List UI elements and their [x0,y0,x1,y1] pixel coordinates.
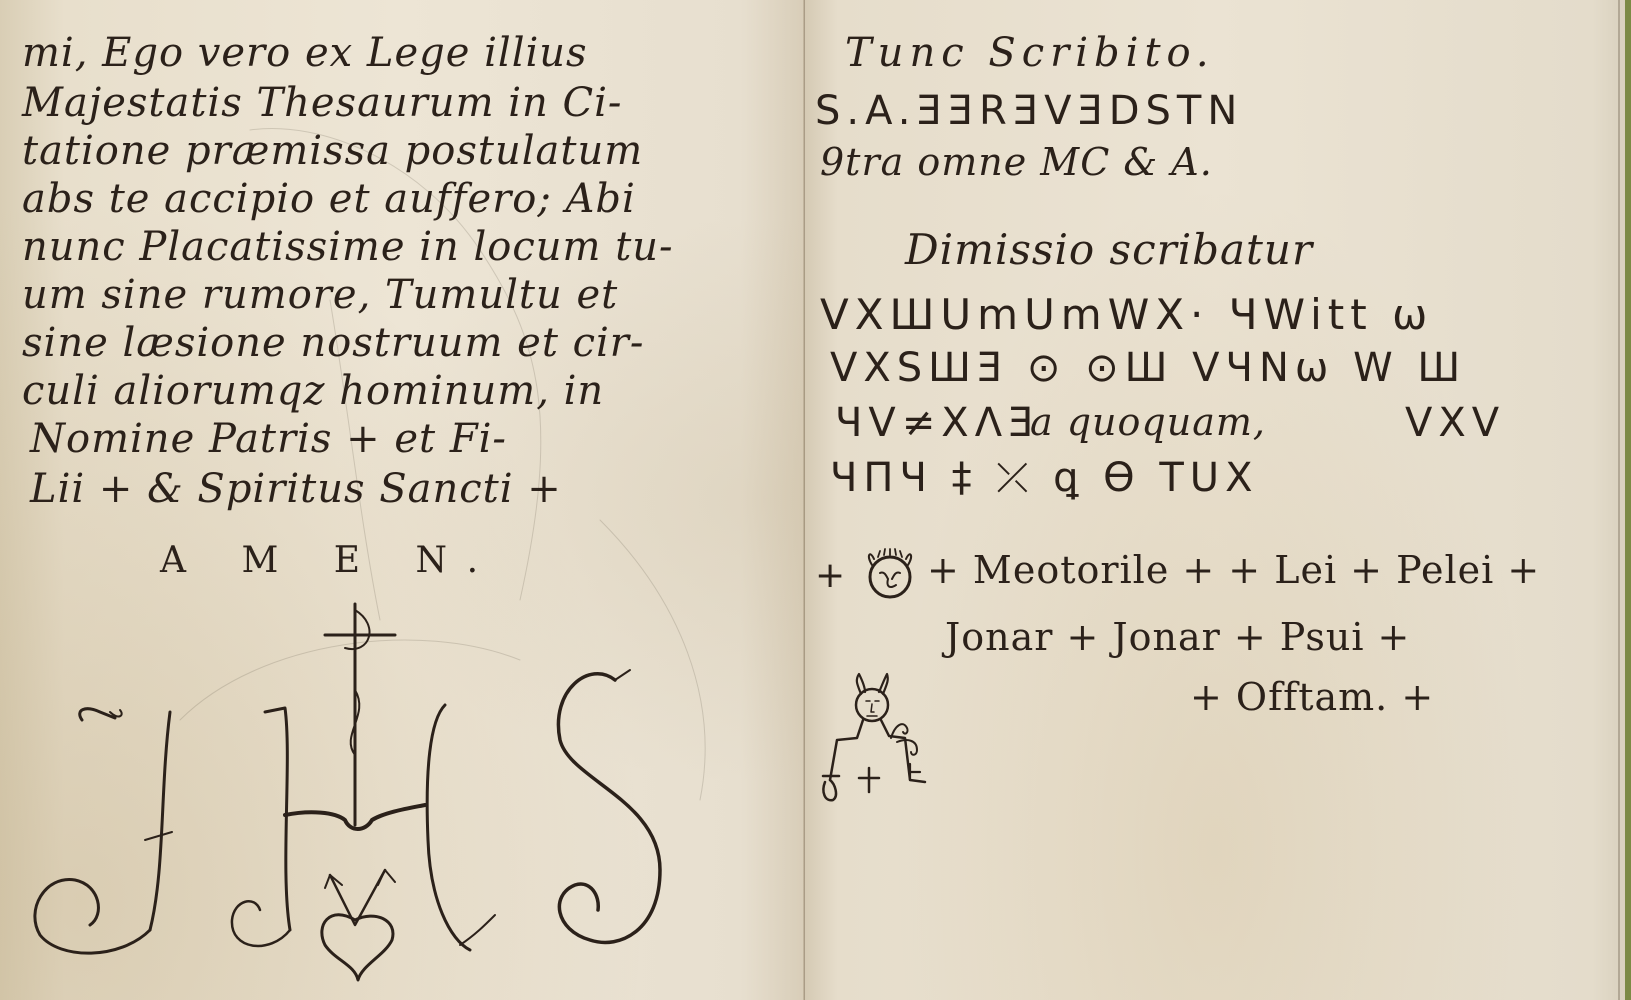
cipher-row: ЧV≠XΛƎ [835,400,1039,446]
page-edge-line [1618,0,1620,1000]
invocation-text: Jonar + Jonar + Psui + [945,615,1410,659]
text-line: abs te accipio et auffero; Abi [22,176,636,222]
green-binding-edge [1625,0,1631,1000]
text-line: sine læsione nostruum et cir- [22,320,644,366]
text-line: Nomine Patris + et Fi- [30,416,507,462]
cipher-row: VXSШƎ ⊙ ⊙Ш VЧNω W Ш [830,345,1466,391]
invocation-text: + Meotorile + + Lei + Pelei + [927,548,1540,592]
heading-text: Tunc Scribito. [845,30,1215,76]
text-line: tatione præmissa postulatum [22,128,643,174]
text-line: um sine rumore, Tumultu et [22,272,618,318]
ihs-monogram [0,540,805,1000]
subheading-text: Dimissio scribatur [905,225,1313,274]
text-line: nunc Placatissime in locum tu- [22,224,674,270]
left-page: mi, Ego vero ex Lege illius Majestatis T… [0,0,805,1000]
cross-icon: + [815,555,851,596]
text-line: culi aliorumqz hominum, in [22,368,604,414]
cipher-fragment: VXV [1405,400,1505,446]
horned-demon-figure-icon [825,680,965,840]
right-page: Tunc Scribito. S.A.ƎƎRƎVƎDSTN 9tra omne … [805,0,1625,1000]
text-line: Lii + & Spiritus Sancti + [30,466,562,512]
text-line: mi, Ego vero ex Lege illius [22,30,588,76]
text-line: Majestatis Thesaurum in Ci- [22,80,622,126]
invocation-text: + Offtam. + [1190,675,1434,719]
demon-face-sigil-icon [860,545,920,605]
text-fragment: a quoquam, [1030,400,1266,444]
cipher-line: S.A.ƎƎRƎVƎDSTN [815,88,1243,134]
cipher-row: ЧΠЧ ‡ ⤫ ꝗ ϴ TUX [830,455,1258,501]
text-line: 9tra omne MC & A. [820,140,1213,184]
cipher-row: VXШUmUmWX· ЧWitt ω [820,290,1433,339]
manuscript-spread: mi, Ego vero ex Lege illius Majestatis T… [0,0,1631,1000]
